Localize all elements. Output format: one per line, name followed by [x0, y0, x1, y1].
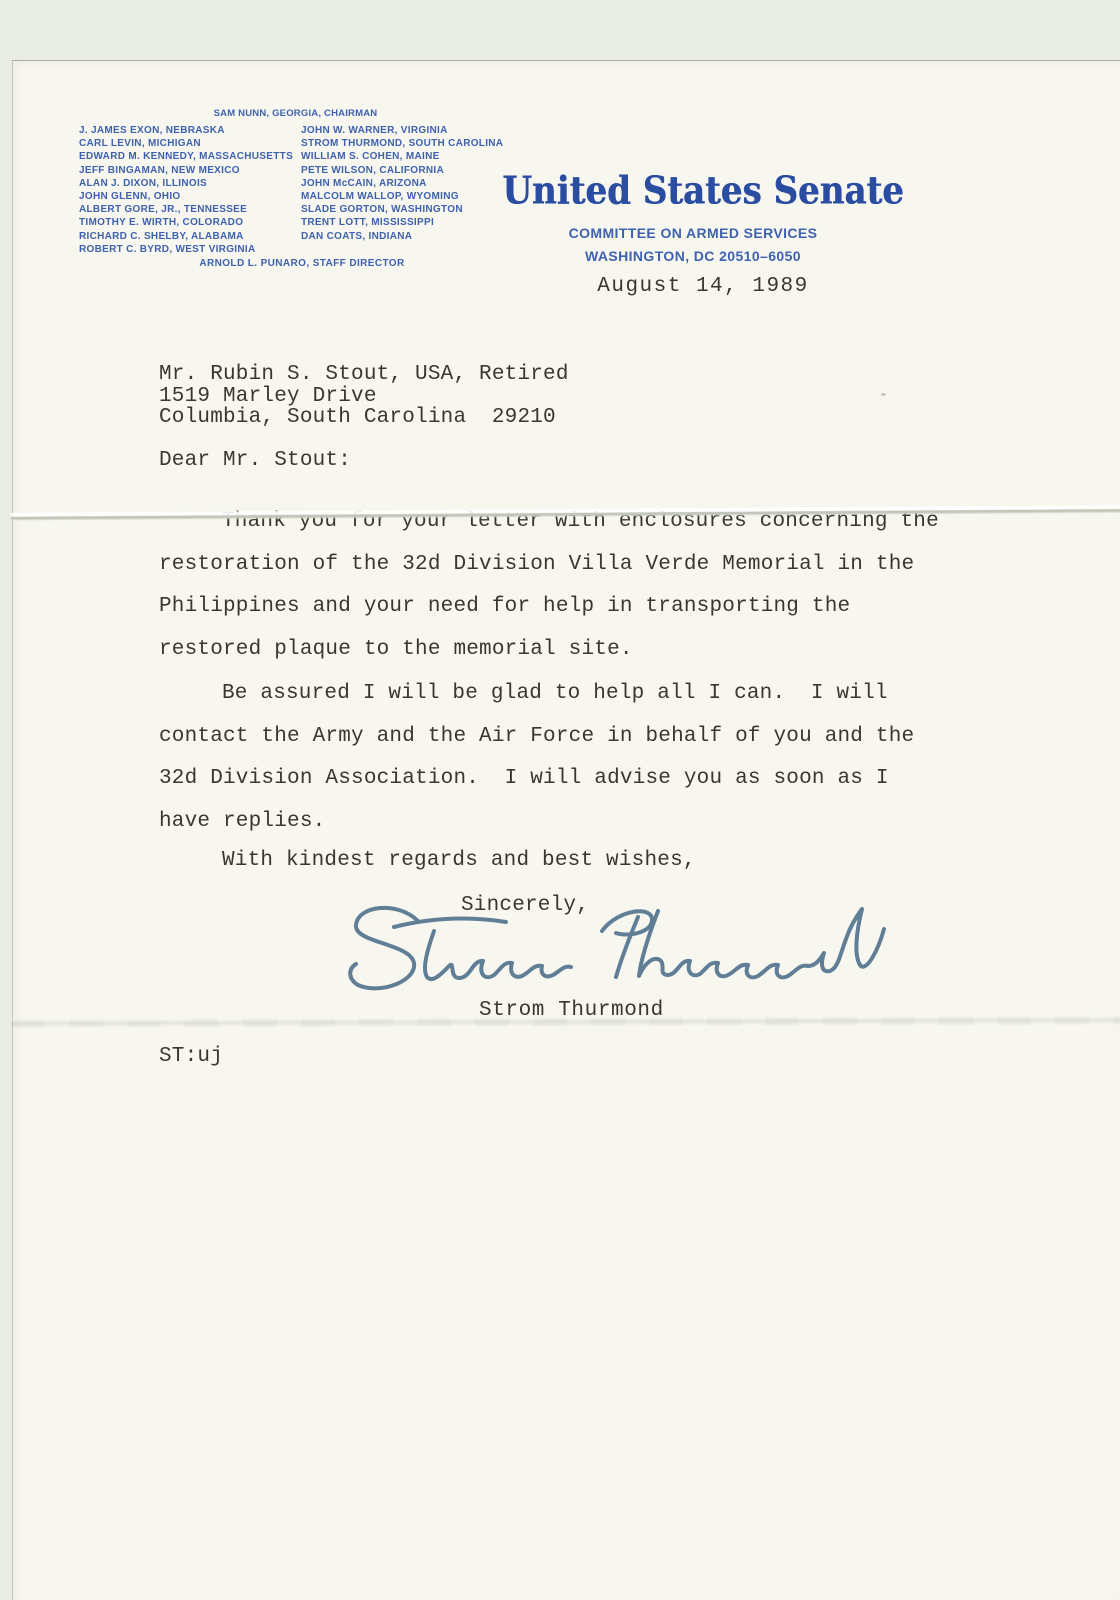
member-name: EDWARD M. KENNEDY, MASSACHUSETTS: [79, 150, 293, 163]
chairman-line: SAM NUNN, GEORGIA, CHAIRMAN: [173, 108, 418, 119]
member-name: WILLIAM S. COHEN, MAINE: [301, 150, 503, 163]
reference-initials: ST:uj: [159, 1045, 223, 1068]
member-name: JOHN GLENN, OHIO: [79, 190, 293, 203]
signature-stroke-group: [350, 908, 884, 988]
signature-strom-thurmond: [306, 899, 896, 1001]
member-name: JEFF BINGAMAN, NEW MEXICO: [79, 164, 293, 177]
salutation: Dear Mr. Stout:: [159, 449, 351, 472]
letter-page: SAM NUNN, GEORGIA, CHAIRMAN J. JAMES EXO…: [12, 60, 1120, 1600]
member-name: STROM THURMOND, SOUTH CAROLINA: [301, 137, 503, 150]
committee-address: WASHINGTON, DC 20510–6050: [413, 248, 973, 264]
signature-stroke: [425, 931, 571, 979]
member-name: ALAN J. DIXON, ILLINOIS: [79, 177, 293, 190]
member-name: TIMOTHY E. WIRTH, COLORADO: [79, 216, 293, 229]
member-name: RICHARD C. SHELBY, ALABAMA: [79, 230, 293, 243]
signature-stroke: [394, 919, 506, 927]
letter-date: August 14, 1989: [413, 275, 993, 298]
member-name: JOHN W. WARNER, VIRGINIA: [301, 124, 503, 137]
recipient-address: Mr. Rubin S. Stout, USA, Retired 1519 Ma…: [159, 364, 569, 429]
closing-line: With kindest regards and best wishes,: [222, 849, 696, 872]
member-name: ALBERT GORE, JR., TENNESSEE: [79, 203, 293, 216]
body-paragraph-2: Be assured I will be glad to help all I …: [159, 673, 959, 844]
signature-stroke: [616, 917, 638, 977]
scanned-letter: SAM NUNN, GEORGIA, CHAIRMAN J. JAMES EXO…: [0, 0, 1120, 1600]
member-name: J. JAMES EXON, NEBRASKA: [79, 124, 293, 137]
member-name: ROBERT C. BYRD, WEST VIRGINIA: [79, 243, 293, 256]
committee-name: COMMITTEE ON ARMED SERVICES: [413, 225, 973, 241]
body-paragraph-1: Thank you for your letter with enclosure…: [159, 501, 959, 672]
signature-stroke: [602, 911, 652, 934]
fold-crease-bottom: [11, 1016, 1120, 1028]
members-left-column: J. JAMES EXON, NEBRASKACARL LEVIN, MICHI…: [79, 124, 293, 256]
paper-speck: [881, 393, 886, 396]
signature-stroke: [639, 911, 808, 977]
senate-wordmark: United States Senate: [436, 167, 970, 213]
signature-stroke: [350, 908, 418, 988]
member-name: CARL LEVIN, MICHIGAN: [79, 137, 293, 150]
signature-stroke: [808, 909, 884, 971]
